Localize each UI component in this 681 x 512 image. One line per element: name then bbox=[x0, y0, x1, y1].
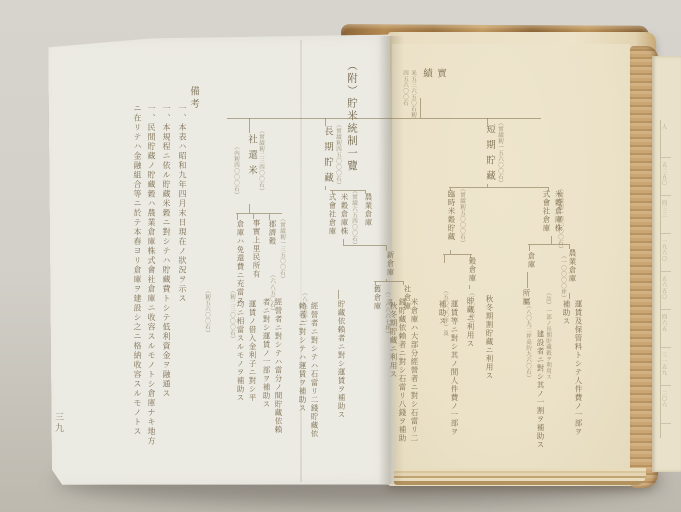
leaf-keieisha-2: 經營者ニ對シテハ石當リ二錢貯藏依賴者ニ對シテハ運賃ヲ補助ス bbox=[296, 302, 320, 440]
storage-control-chart: （附）貯米統制一覽實績米五三六五〇石籾四五六〇〇石（實績籾二三四〇〇石）社還米（… bbox=[0, 0, 681, 512]
leaf-kensetsu-ichiwari: 建設者ニ對シ其ノ一割ヲ補助ス bbox=[534, 330, 546, 456]
chart-connector-line bbox=[469, 285, 470, 289]
ann-shakanmai: （實績籾二三四〇〇石） bbox=[257, 128, 265, 196]
node-nogyo-tanki: 農業倉庫 bbox=[566, 249, 578, 293]
chart-connector-line bbox=[569, 293, 570, 299]
node-rinji: 臨時米穀貯藏 bbox=[445, 190, 457, 250]
leaf-irai-unchin: 貯藏依賴者ニ對シ運賃ヲ補助ス bbox=[335, 300, 347, 424]
chart-connector-line bbox=[227, 118, 541, 119]
chart-connector-line bbox=[569, 245, 570, 249]
chart-connector-line bbox=[249, 118, 250, 133]
chart-connector-line bbox=[529, 245, 530, 251]
chart-connector-line bbox=[338, 290, 339, 299]
chart-title: （附）貯米統制一覽 bbox=[345, 60, 360, 185]
chart-connector-line bbox=[527, 272, 528, 288]
root-figures: 米五三六五〇石籾四五六〇〇石 bbox=[403, 70, 417, 120]
root-label: 實績 bbox=[419, 68, 447, 98]
ann-shozoku: （八〇九二坪高約九六〇石） bbox=[524, 303, 532, 381]
chart-connector-line bbox=[449, 187, 549, 188]
chart-connector-line bbox=[253, 214, 254, 219]
node-koku-soko: 穀倉庫 bbox=[466, 257, 478, 285]
chart-connector-line bbox=[249, 204, 250, 213]
chart-connector-line bbox=[343, 245, 387, 246]
node-rimin: 事實上里民所有 bbox=[250, 219, 262, 285]
chart-connector-line bbox=[470, 255, 471, 258]
chart-connector-line bbox=[386, 246, 387, 251]
chart-connector-line bbox=[551, 236, 552, 244]
photo-of-open-ledger: 人五二五〇四三三一九六〇五六五〇四六五三一五九二〇六 備考 一、本表ハ昭和九年四… bbox=[0, 0, 681, 512]
node-tanki: 短期貯藏 bbox=[482, 124, 496, 186]
leaf-hokanryo: 運賃及保管料トシテ人件費ノ一部ヲ補助ス bbox=[560, 300, 584, 440]
chart-connector-line bbox=[325, 118, 326, 126]
node-shakanmai: 社還米 bbox=[244, 134, 258, 204]
chart-connector-line bbox=[403, 282, 404, 285]
leaf-unchin-jinkenhi: 運賃等ニ對シ其ノ間人件費ノ一部ヲ補助ス bbox=[436, 300, 460, 440]
chart-connector-line bbox=[332, 191, 333, 194]
ann-choki: （實績籾四五〇〇〇石） bbox=[334, 122, 342, 188]
ann-nogyo-tanki: （一〇〇〇〇坪） bbox=[559, 253, 567, 301]
ann-tanki: （實績籾一五六〇〇石） bbox=[496, 120, 504, 186]
leaf-wari-chozo: 秋冬期割貯藏ニ利用ス bbox=[483, 295, 495, 385]
chart-connector-line bbox=[375, 282, 376, 285]
node-kyu-soko: 舊倉庫 bbox=[371, 285, 383, 313]
node-shin-soko: 新倉庫 bbox=[384, 251, 396, 279]
node-soko: 倉庫 bbox=[525, 252, 537, 272]
ann-nogyo-choki: （實績六五四〇〇石） bbox=[350, 188, 358, 246]
chart-connector-line bbox=[548, 188, 549, 191]
leaf-beisoko: 米倉庫ハ大部分經營者ニ對シ石當リ二錢貯藏依賴者ニ對シ石當リ八錢ヲ補助ス bbox=[396, 298, 420, 450]
chart-connector-line bbox=[269, 214, 270, 220]
chart-connector-line bbox=[443, 254, 472, 255]
node-choki: 長期貯藏 bbox=[320, 126, 334, 188]
ann-rinji: （實績籾五〇〇〇石） bbox=[458, 186, 466, 246]
chart-connector-line bbox=[365, 191, 366, 194]
chart-connector-line bbox=[325, 186, 326, 190]
chart-connector-line bbox=[236, 213, 282, 214]
chart-connector-line bbox=[450, 188, 451, 191]
chart-connector-line bbox=[237, 214, 238, 220]
node-nogyo-choki: 農業倉庫 bbox=[362, 193, 374, 239]
chart-connector-line bbox=[528, 244, 570, 245]
node-beikoku-soko-choki: 米穀倉庫株式會社倉庫 bbox=[326, 193, 350, 239]
leaf-keieisha-1: 經營者ニ對シテハ當分ノ間貯藏依賴者ニ對シ運賃ノ一部ヲ補助ス bbox=[260, 298, 284, 436]
leaf-momi-5600: （籾五六〇〇石） bbox=[203, 288, 211, 338]
chart-connector-line bbox=[444, 255, 445, 263]
chart-connector-line bbox=[420, 98, 421, 118]
leaf-chozo-riyo: 貯藏ニ利用ス bbox=[464, 297, 476, 353]
leaf-unchin-karikin: 運賃ノ借入金利子ニ對シ平均ニ相當スルモノヲ補助ス bbox=[234, 300, 258, 410]
chart-connector-line bbox=[487, 118, 488, 124]
chart-connector-line bbox=[374, 281, 404, 282]
node-gunkoku: 郡濟穀 bbox=[266, 220, 278, 262]
ann-gunkoku: （實績籾一三五〇〇石） bbox=[278, 216, 286, 282]
ann-shakanmai-2: （內籾四〇〇〇石） bbox=[232, 144, 240, 200]
node-beikoku-soko-tanki: 米穀倉庫株式會社倉庫 bbox=[540, 190, 564, 236]
chart-connector-line bbox=[330, 190, 366, 191]
